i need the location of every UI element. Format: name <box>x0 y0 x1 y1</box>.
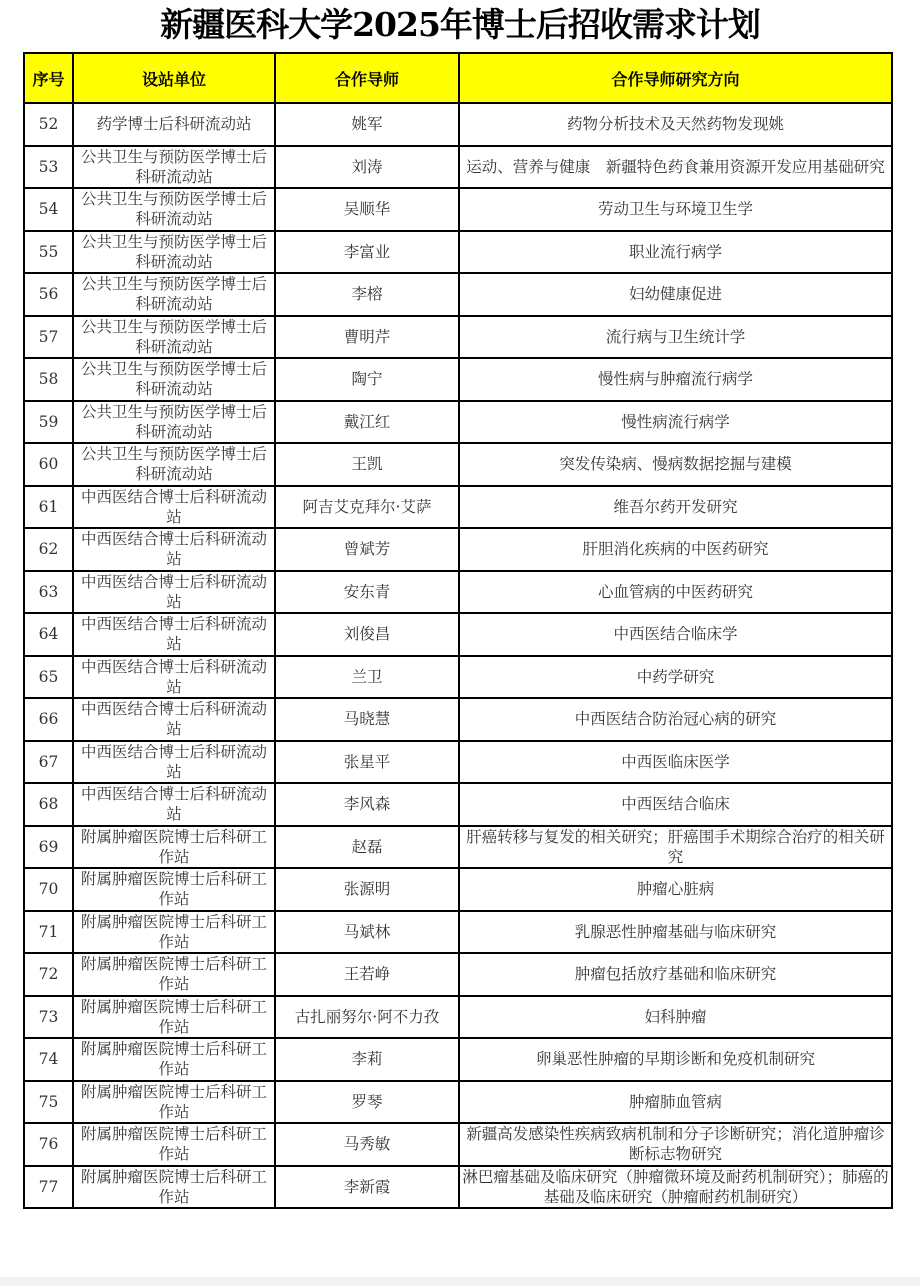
serial-number-cell: 76 <box>24 1123 73 1166</box>
station-unit-cell: 公共卫生与预防医学博士后科研流动站 <box>73 231 275 274</box>
tutor-cell: 李风森 <box>275 783 459 826</box>
research-direction-cell: 慢性病流行病学 <box>459 401 892 444</box>
station-unit-cell: 公共卫生与预防医学博士后科研流动站 <box>73 316 275 359</box>
table-row: 56公共卫生与预防医学博士后科研流动站李榕妇幼健康促进 <box>24 273 892 316</box>
research-direction-cell: 劳动卫生与环境卫生学 <box>459 188 892 231</box>
station-unit-cell: 附属肿瘤医院博士后科研工作站 <box>73 1081 275 1124</box>
tutor-cell: 王凯 <box>275 443 459 486</box>
tutor-cell: 马斌林 <box>275 911 459 954</box>
tutor-cell: 张源明 <box>275 868 459 911</box>
station-unit-cell: 中西医结合博士后科研流动站 <box>73 741 275 784</box>
table-row: 71附属肿瘤医院博士后科研工作站马斌林乳腺恶性肿瘤基础与临床研究 <box>24 911 892 954</box>
tutor-cell: 马晓慧 <box>275 698 459 741</box>
station-unit-cell: 附属肿瘤医院博士后科研工作站 <box>73 868 275 911</box>
serial-number-cell: 73 <box>24 996 73 1039</box>
table-row: 70附属肿瘤医院博士后科研工作站张源明肿瘤心脏病 <box>24 868 892 911</box>
serial-number-cell: 72 <box>24 953 73 996</box>
research-direction-cell: 淋巴瘤基础及临床研究（肿瘤微环境及耐药机制研究）；肺癌的基础及临床研究（肿瘤耐药… <box>459 1166 892 1209</box>
research-direction-cell: 肿瘤肺血管病 <box>459 1081 892 1124</box>
serial-number-cell: 52 <box>24 103 73 146</box>
table-row: 73附属肿瘤医院博士后科研工作站古扎丽努尔·阿不力孜妇科肿瘤 <box>24 996 892 1039</box>
station-unit-cell: 公共卫生与预防医学博士后科研流动站 <box>73 188 275 231</box>
header-research-direction: 合作导师研究方向 <box>459 53 892 103</box>
tutor-cell: 刘涛 <box>275 146 459 189</box>
table-row: 67中西医结合博士后科研流动站张星平中西医临床医学 <box>24 741 892 784</box>
table-row: 65中西医结合博士后科研流动站兰卫中药学研究 <box>24 656 892 699</box>
table-header-row: 序号 设站单位 合作导师 合作导师研究方向 <box>24 53 892 103</box>
station-unit-cell: 附属肿瘤医院博士后科研工作站 <box>73 911 275 954</box>
research-direction-cell: 中西医结合临床学 <box>459 613 892 656</box>
research-direction-cell: 职业流行病学 <box>459 231 892 274</box>
table-row: 58公共卫生与预防医学博士后科研流动站陶宁慢性病与肿瘤流行病学 <box>24 358 892 401</box>
research-direction-cell: 肿瘤心脏病 <box>459 868 892 911</box>
research-direction-cell: 运动、营养与健康 新疆特色药食兼用资源开发应用基础研究 <box>459 146 892 189</box>
serial-number-cell: 68 <box>24 783 73 826</box>
research-direction-cell: 中西医结合防治冠心病的研究 <box>459 698 892 741</box>
serial-number-cell: 60 <box>24 443 73 486</box>
station-unit-cell: 中西医结合博士后科研流动站 <box>73 698 275 741</box>
tutor-cell: 吴顺华 <box>275 188 459 231</box>
table-row: 64中西医结合博士后科研流动站刘俊昌中西医结合临床学 <box>24 613 892 656</box>
tutor-cell: 李富业 <box>275 231 459 274</box>
research-direction-cell: 肝胆消化疾病的中医药研究 <box>459 528 892 571</box>
research-direction-cell: 妇幼健康促进 <box>459 273 892 316</box>
tutor-cell: 李榕 <box>275 273 459 316</box>
station-unit-cell: 附属肿瘤医院博士后科研工作站 <box>73 826 275 869</box>
research-direction-cell: 流行病与卫生统计学 <box>459 316 892 359</box>
serial-number-cell: 74 <box>24 1038 73 1081</box>
research-direction-cell: 中药学研究 <box>459 656 892 699</box>
station-unit-cell: 中西医结合博士后科研流动站 <box>73 613 275 656</box>
table-row: 53公共卫生与预防医学博士后科研流动站刘涛运动、营养与健康 新疆特色药食兼用资源… <box>24 146 892 189</box>
serial-number-cell: 64 <box>24 613 73 656</box>
research-direction-cell: 突发传染病、慢病数据挖掘与建模 <box>459 443 892 486</box>
serial-number-cell: 70 <box>24 868 73 911</box>
research-direction-cell: 新疆高发感染性疾病致病机制和分子诊断研究；消化道肿瘤诊断标志物研究 <box>459 1123 892 1166</box>
station-unit-cell: 公共卫生与预防医学博士后科研流动站 <box>73 273 275 316</box>
table-row: 74附属肿瘤医院博士后科研工作站李莉卵巢恶性肿瘤的早期诊断和免疫机制研究 <box>24 1038 892 1081</box>
station-unit-cell: 中西医结合博士后科研流动站 <box>73 656 275 699</box>
serial-number-cell: 77 <box>24 1166 73 1209</box>
serial-number-cell: 54 <box>24 188 73 231</box>
serial-number-cell: 57 <box>24 316 73 359</box>
tutor-cell: 赵磊 <box>275 826 459 869</box>
serial-number-cell: 59 <box>24 401 73 444</box>
station-unit-cell: 公共卫生与预防医学博士后科研流动站 <box>73 443 275 486</box>
tutor-cell: 兰卫 <box>275 656 459 699</box>
station-unit-cell: 中西医结合博士后科研流动站 <box>73 528 275 571</box>
station-unit-cell: 公共卫生与预防医学博士后科研流动站 <box>73 358 275 401</box>
tutor-cell: 阿吉艾克拜尔·艾萨 <box>275 486 459 529</box>
tutor-cell: 刘俊昌 <box>275 613 459 656</box>
table-row: 61中西医结合博士后科研流动站阿吉艾克拜尔·艾萨维吾尔药开发研究 <box>24 486 892 529</box>
table-row: 54公共卫生与预防医学博士后科研流动站吴顺华劳动卫生与环境卫生学 <box>24 188 892 231</box>
tutor-cell: 戴江红 <box>275 401 459 444</box>
research-direction-cell: 慢性病与肿瘤流行病学 <box>459 358 892 401</box>
table-row: 76附属肿瘤医院博士后科研工作站马秀敏新疆高发感染性疾病致病机制和分子诊断研究；… <box>24 1123 892 1166</box>
tutor-cell: 王若峥 <box>275 953 459 996</box>
tutor-cell: 马秀敏 <box>275 1123 459 1166</box>
station-unit-cell: 附属肿瘤医院博士后科研工作站 <box>73 953 275 996</box>
tutor-cell: 曾斌芳 <box>275 528 459 571</box>
research-direction-cell: 中西医结合临床 <box>459 783 892 826</box>
serial-number-cell: 58 <box>24 358 73 401</box>
table-row: 52药学博士后科研流动站姚军药物分析技术及天然药物发现姚 <box>24 103 892 146</box>
tutor-cell: 李莉 <box>275 1038 459 1081</box>
serial-number-cell: 75 <box>24 1081 73 1124</box>
station-unit-cell: 中西医结合博士后科研流动站 <box>73 783 275 826</box>
tutor-cell: 古扎丽努尔·阿不力孜 <box>275 996 459 1039</box>
serial-number-cell: 62 <box>24 528 73 571</box>
tutor-cell: 张星平 <box>275 741 459 784</box>
table-row: 72附属肿瘤医院博士后科研工作站王若峥肿瘤包括放疗基础和临床研究 <box>24 953 892 996</box>
research-direction-cell: 中西医临床医学 <box>459 741 892 784</box>
table-row: 60公共卫生与预防医学博士后科研流动站王凯突发传染病、慢病数据挖掘与建模 <box>24 443 892 486</box>
recruitment-table: 序号 设站单位 合作导师 合作导师研究方向 52药学博士后科研流动站姚军药物分析… <box>23 52 893 1209</box>
station-unit-cell: 中西医结合博士后科研流动站 <box>73 486 275 529</box>
research-direction-cell: 肝癌转移与复发的相关研究；肝癌围手术期综合治疗的相关研究 <box>459 826 892 869</box>
serial-number-cell: 66 <box>24 698 73 741</box>
table-row: 77附属肿瘤医院博士后科研工作站李新霞淋巴瘤基础及临床研究（肿瘤微环境及耐药机制… <box>24 1166 892 1209</box>
serial-number-cell: 53 <box>24 146 73 189</box>
research-direction-cell: 卵巢恶性肿瘤的早期诊断和免疫机制研究 <box>459 1038 892 1081</box>
station-unit-cell: 中西医结合博士后科研流动站 <box>73 571 275 614</box>
table-row: 63中西医结合博士后科研流动站安东青心血管病的中医药研究 <box>24 571 892 614</box>
station-unit-cell: 附属肿瘤医院博士后科研工作站 <box>73 1123 275 1166</box>
table-row: 69附属肿瘤医院博士后科研工作站赵磊肝癌转移与复发的相关研究；肝癌围手术期综合治… <box>24 826 892 869</box>
station-unit-cell: 附属肿瘤医院博士后科研工作站 <box>73 1166 275 1209</box>
header-serial-number: 序号 <box>24 53 73 103</box>
serial-number-cell: 69 <box>24 826 73 869</box>
serial-number-cell: 56 <box>24 273 73 316</box>
table-row: 68中西医结合博士后科研流动站李风森中西医结合临床 <box>24 783 892 826</box>
station-unit-cell: 药学博士后科研流动站 <box>73 103 275 146</box>
station-unit-cell: 公共卫生与预防医学博士后科研流动站 <box>73 401 275 444</box>
research-direction-cell: 妇科肿瘤 <box>459 996 892 1039</box>
research-direction-cell: 乳腺恶性肿瘤基础与临床研究 <box>459 911 892 954</box>
serial-number-cell: 71 <box>24 911 73 954</box>
station-unit-cell: 附属肿瘤医院博士后科研工作站 <box>73 996 275 1039</box>
table-row: 66中西医结合博士后科研流动站马晓慧中西医结合防治冠心病的研究 <box>24 698 892 741</box>
header-tutor: 合作导师 <box>275 53 459 103</box>
table-row: 57公共卫生与预防医学博士后科研流动站曹明芹流行病与卫生统计学 <box>24 316 892 359</box>
table-row: 75附属肿瘤医院博士后科研工作站罗琴肿瘤肺血管病 <box>24 1081 892 1124</box>
table-row: 59公共卫生与预防医学博士后科研流动站戴江红慢性病流行病学 <box>24 401 892 444</box>
tutor-cell: 曹明芹 <box>275 316 459 359</box>
research-direction-cell: 心血管病的中医药研究 <box>459 571 892 614</box>
table-row: 62中西医结合博士后科研流动站曾斌芳肝胆消化疾病的中医药研究 <box>24 528 892 571</box>
table-row: 55公共卫生与预防医学博士后科研流动站李富业职业流行病学 <box>24 231 892 274</box>
research-direction-cell: 肿瘤包括放疗基础和临床研究 <box>459 953 892 996</box>
tutor-cell: 陶宁 <box>275 358 459 401</box>
serial-number-cell: 61 <box>24 486 73 529</box>
research-direction-cell: 维吾尔药开发研究 <box>459 486 892 529</box>
page-title: 新疆医科大学2025年博士后招收需求计划 <box>0 2 920 50</box>
station-unit-cell: 附属肿瘤医院博士后科研工作站 <box>73 1038 275 1081</box>
tutor-cell: 罗琴 <box>275 1081 459 1124</box>
header-station-unit: 设站单位 <box>73 53 275 103</box>
tutor-cell: 李新霞 <box>275 1166 459 1209</box>
station-unit-cell: 公共卫生与预防医学博士后科研流动站 <box>73 146 275 189</box>
tutor-cell: 安东青 <box>275 571 459 614</box>
serial-number-cell: 55 <box>24 231 73 274</box>
document-page: 新疆医科大学2025年博士后招收需求计划 序号 设站单位 合作导师 合作导师研究… <box>0 0 920 1277</box>
serial-number-cell: 67 <box>24 741 73 784</box>
table-body: 52药学博士后科研流动站姚军药物分析技术及天然药物发现姚53公共卫生与预防医学博… <box>24 103 892 1208</box>
research-direction-cell: 药物分析技术及天然药物发现姚 <box>459 103 892 146</box>
tutor-cell: 姚军 <box>275 103 459 146</box>
serial-number-cell: 63 <box>24 571 73 614</box>
serial-number-cell: 65 <box>24 656 73 699</box>
